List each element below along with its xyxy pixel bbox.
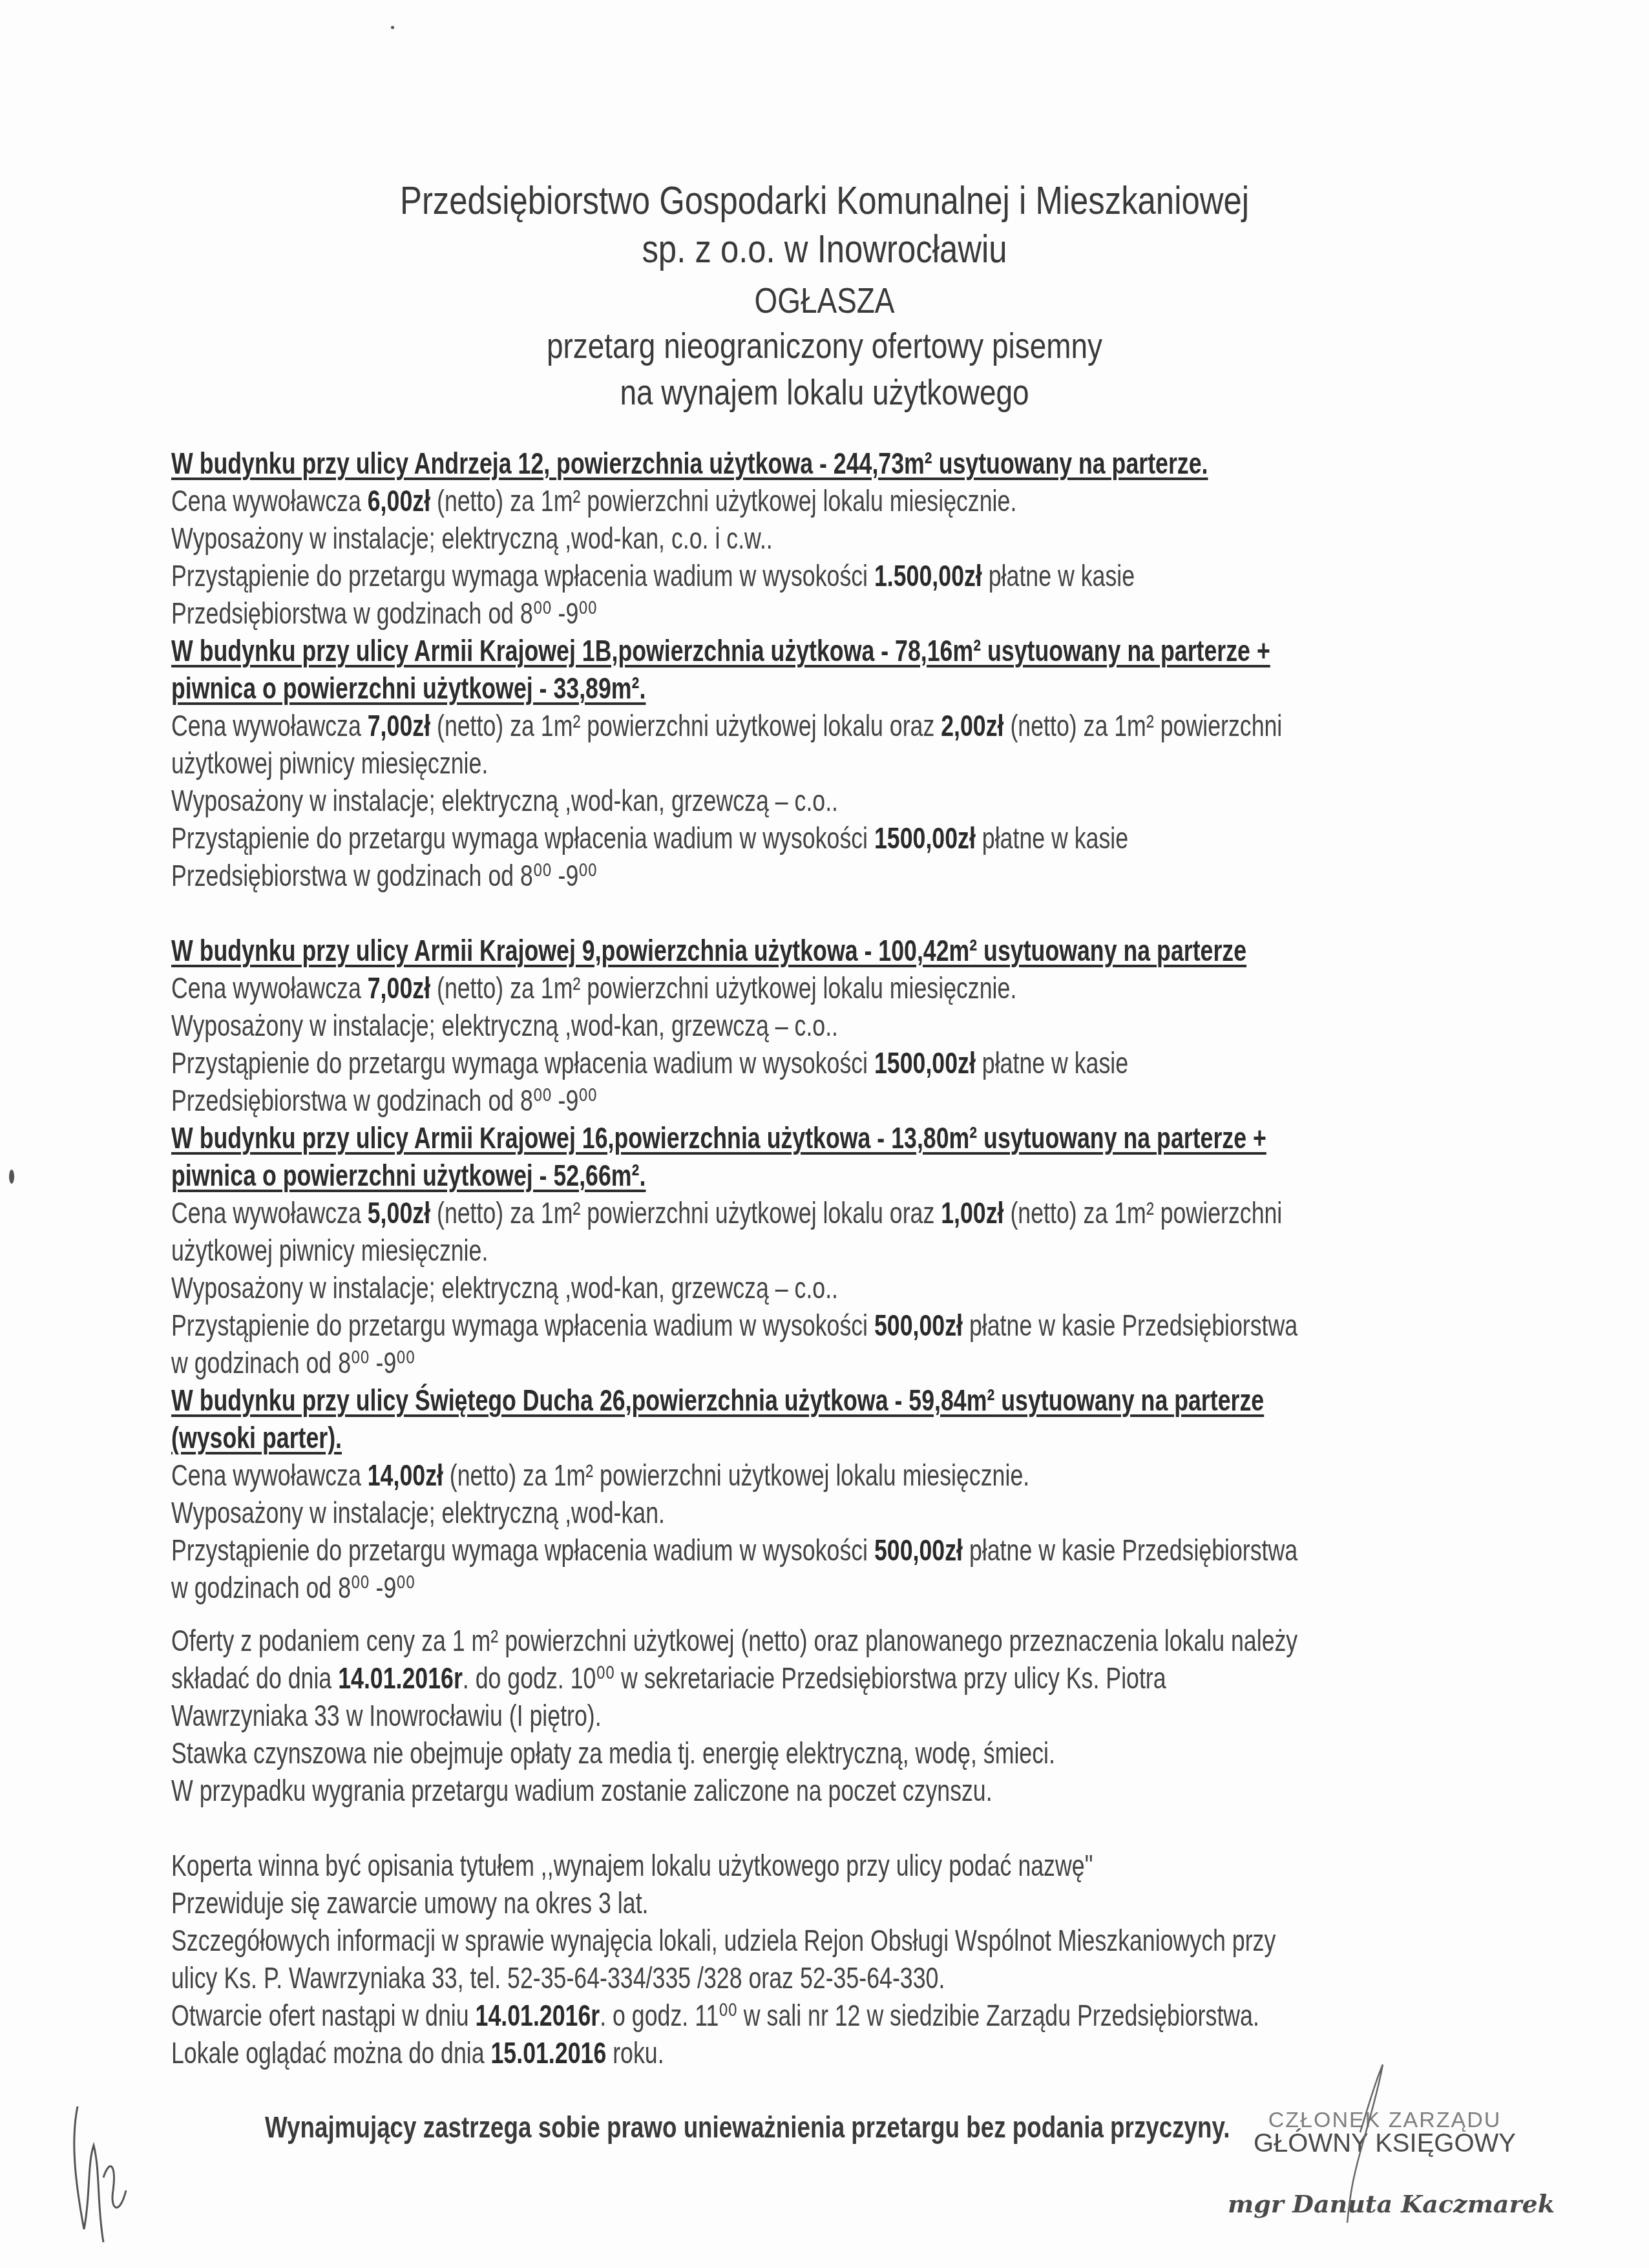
text: Przystąpienie do przetargu wymaga wpłace… [171, 1533, 874, 1567]
text: płatne w kasie Przedsiębiorstwa [963, 1533, 1297, 1567]
starting-price: Cena wywoławcza 14,00zł (netto) za 1m² p… [171, 1456, 1473, 1494]
listings-section: W budynku przy ulicy Andrzeja 12, powier… [171, 445, 1473, 1606]
envelope-info: Koperta winna być opisania tytułem ,,wyn… [171, 1847, 1473, 1884]
amount: 1.500,00zł [874, 558, 982, 593]
text: Cena wywoławcza [171, 483, 368, 518]
text: Lokale oglądać można do dnia [171, 2035, 490, 2070]
text: (netto) za 1m² powierzchni użytkowej lok… [430, 708, 941, 742]
equipment: Wyposażony w instalacje; elektryczną ,wo… [171, 1007, 1473, 1044]
starting-price: Cena wywoławcza 7,00zł (netto) za 1m² po… [171, 707, 1473, 744]
deposit-info: Przystąpienie do przetargu wymaga wpłace… [171, 1531, 1473, 1569]
text: Otwarcie ofert nastąpi w dniu [171, 1998, 476, 2032]
amount: 1,00zł [941, 1195, 1003, 1230]
listing-heading-cont: (wysoki parter). [171, 1419, 1473, 1456]
amount: 7,00zł [368, 971, 430, 1005]
details-line-1: Szczegółowych informacji w sprawie wynaj… [171, 1922, 1473, 1959]
text: składać do dnia [171, 1661, 338, 1695]
amount: 500,00zł [874, 1533, 963, 1567]
company-name: Przedsiębiorstwo Gospodarki Komunalnej i… [149, 178, 1501, 224]
deadline-date: 14.01.2016r [338, 1661, 463, 1695]
scan-artifact [9, 1170, 14, 1184]
equipment: Wyposażony w instalacje; elektryczną ,wo… [171, 782, 1473, 819]
text: Przystąpienie do przetargu wymaga wpłace… [171, 821, 874, 855]
text: (netto) za 1m² powierzchni użytkowej lok… [430, 971, 1016, 1005]
text: Przystąpienie do przetargu wymaga wpłace… [171, 1308, 874, 1342]
payment-hours: Przedsiębiorstwa w godzinach od 8⁰⁰ -9⁰⁰ [171, 857, 1473, 894]
listing-heading-cont: piwnica o powierzchni użytkowej - 52,66m… [171, 1157, 1473, 1194]
text: (netto) za 1m² powierzchni [1004, 708, 1283, 742]
text: Cena wywoławcza [171, 1195, 368, 1230]
text: . do godz. 10⁰⁰ w sekretariacie Przedsię… [463, 1661, 1166, 1695]
equipment: Wyposażony w instalacje; elektryczną ,wo… [171, 520, 1473, 557]
equipment: Wyposażony w instalacje; elektryczną ,wo… [171, 1269, 1473, 1307]
payment-hours: Przedsiębiorstwa w godzinach od 8⁰⁰ -9⁰⁰ [171, 1082, 1473, 1119]
announcement-title: OGŁASZA [149, 279, 1501, 321]
deposit-info: Przystąpienie do przetargu wymaga wpłace… [171, 1307, 1473, 1344]
offers-section: Oferty z podaniem ceny za 1 m² powierzch… [171, 1622, 1473, 1809]
offers-line-5: W przypadku wygrania przetargu wadium zo… [171, 1772, 1473, 1809]
viewing-date: 15.01.2016 [490, 2035, 606, 2070]
starting-price: Cena wywoławcza 5,00zł (netto) za 1m² po… [171, 1194, 1473, 1232]
offers-line-2: składać do dnia 14.01.2016r. do godz. 10… [171, 1659, 1473, 1697]
starting-price: Cena wywoławcza 7,00zł (netto) za 1m² po… [171, 969, 1473, 1007]
scan-artifact [391, 26, 394, 29]
text: płatne w kasie [976, 1045, 1128, 1080]
amount: 6,00zł [368, 483, 430, 518]
text: (netto) za 1m² powierzchni [1004, 1195, 1283, 1230]
text: Cena wywoławcza [171, 971, 368, 1005]
text: płatne w kasie Przedsiębiorstwa [963, 1308, 1297, 1342]
amount: 500,00zł [874, 1308, 963, 1342]
text: Cena wywoławcza [171, 1458, 368, 1492]
text: (netto) za 1m² powierzchni użytkowej lok… [443, 1458, 1029, 1492]
equipment: Wyposażony w instalacje; elektryczną ,wo… [171, 1494, 1473, 1531]
text: Przystąpienie do przetargu wymaga wpłace… [171, 558, 874, 593]
viewing-info: Lokale oglądać można do dnia 15.01.2016 … [171, 2034, 1473, 2072]
deposit-info: Przystąpienie do przetargu wymaga wpłace… [171, 557, 1473, 594]
opening-date: 14.01.2016r [476, 1998, 600, 2032]
handwritten-signature-left [65, 2100, 149, 2249]
text: (netto) za 1m² powierzchni użytkowej lok… [430, 1195, 941, 1230]
offers-line-1: Oferty z podaniem ceny za 1 m² powierzch… [171, 1622, 1473, 1659]
stamp-name: mgr Danuta Kaczmarek [1228, 2189, 1555, 2218]
listing-heading: W budynku przy ulicy Armii Krajowej 16,p… [171, 1119, 1473, 1157]
listing-heading: W budynku przy ulicy Andrzeja 12, powier… [171, 445, 1473, 482]
amount: 5,00zł [368, 1195, 430, 1230]
amount: 2,00zł [941, 708, 1003, 742]
starting-price-cont: użytkowej piwnicy miesięcznie. [171, 744, 1473, 782]
text: płatne w kasie [982, 558, 1135, 593]
text: roku. [606, 2035, 664, 2070]
starting-price-cont: użytkowej piwnicy miesięcznie. [171, 1232, 1473, 1269]
reservation-clause: Wynajmujący zastrzega sobie prawo uniewa… [265, 2110, 1230, 2145]
starting-price: Cena wywoławcza 6,00zł (netto) za 1m² po… [171, 482, 1473, 520]
text: Cena wywoławcza [171, 708, 368, 742]
deposit-info: Przystąpienie do przetargu wymaga wpłace… [171, 1044, 1473, 1082]
text: (netto) za 1m² powierzchni użytkowej lok… [430, 483, 1016, 518]
handwritten-signature-right [1338, 2061, 1389, 2229]
listing-heading: W budynku przy ulicy Świętego Ducha 26,p… [171, 1381, 1473, 1419]
tender-subject: na wynajem lokalu użytkowego [149, 371, 1501, 413]
company-name-line2: sp. z o.o. w Inowrocławiu [149, 226, 1501, 272]
payment-hours: w godzinach od 8⁰⁰ -9⁰⁰ [171, 1344, 1473, 1381]
listing-heading: W budynku przy ulicy Armii Krajowej 9,po… [171, 932, 1473, 969]
listing-heading: W budynku przy ulicy Armii Krajowej 1B,p… [171, 632, 1473, 669]
document-page: Przedsiębiorstwo Gospodarki Komunalnej i… [0, 0, 1649, 2268]
spacer [171, 894, 1473, 932]
contract-info: Przewiduje się zawarcie umowy na okres 3… [171, 1884, 1473, 1922]
payment-hours: Przedsiębiorstwa w godzinach od 8⁰⁰ -9⁰⁰ [171, 594, 1473, 632]
deposit-info: Przystąpienie do przetargu wymaga wpłace… [171, 819, 1473, 857]
amount: 1500,00zł [874, 821, 976, 855]
details-line-2: ulicy Ks. P. Wawrzyniaka 33, tel. 52-35-… [171, 1959, 1473, 1997]
offers-line-3: Wawrzyniaka 33 w Inowrocławiu (I piętro)… [171, 1697, 1473, 1734]
offers-line-4: Stawka czynszowa nie obejmuje opłaty za … [171, 1734, 1473, 1772]
text: Przystąpienie do przetargu wymaga wpłace… [171, 1045, 874, 1080]
payment-hours: w godzinach od 8⁰⁰ -9⁰⁰ [171, 1569, 1473, 1606]
amount: 1500,00zł [874, 1045, 976, 1080]
text: płatne w kasie [976, 821, 1128, 855]
opening-info: Otwarcie ofert nastąpi w dniu 14.01.2016… [171, 1997, 1473, 2034]
amount: 14,00zł [368, 1458, 443, 1492]
listing-heading-cont: piwnica o powierzchni użytkowej - 33,89m… [171, 669, 1473, 707]
info-section: Koperta winna być opisania tytułem ,,wyn… [171, 1847, 1473, 2072]
amount: 7,00zł [368, 708, 430, 742]
text: . o godz. 11⁰⁰ w sali nr 12 w siedzibie … [600, 1998, 1259, 2032]
tender-type: przetarg nieograniczony ofertowy pisemny [149, 324, 1501, 366]
